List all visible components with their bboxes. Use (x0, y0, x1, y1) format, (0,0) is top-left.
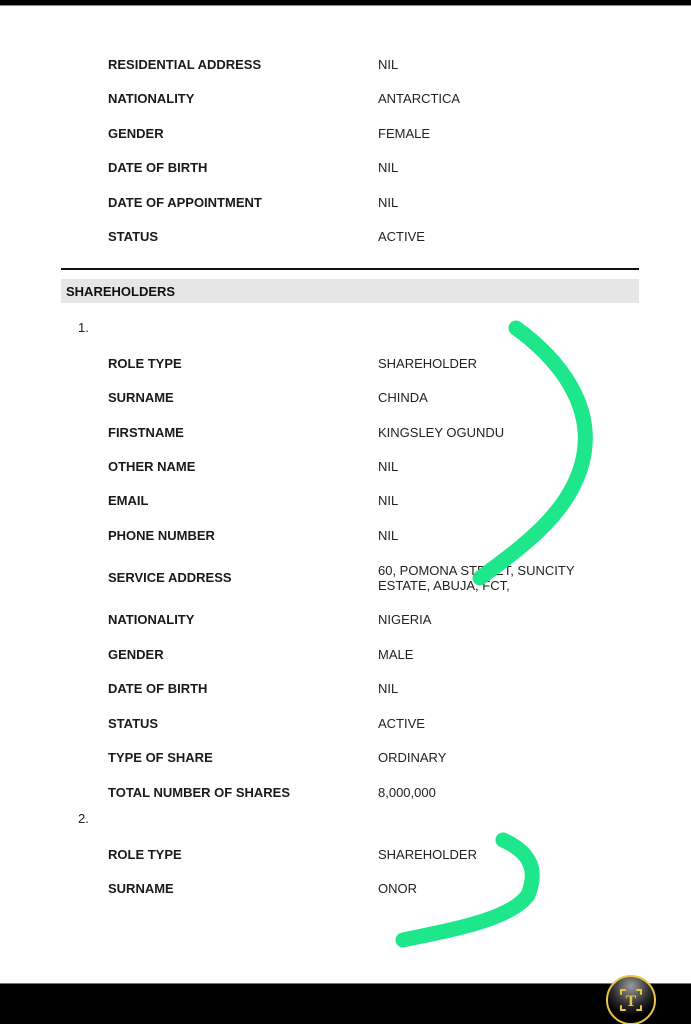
field-value: ACTIVE (378, 716, 425, 731)
bottom-bar (0, 984, 691, 1024)
field-label: SURNAME (108, 390, 174, 405)
field-label: NATIONALITY (108, 91, 194, 106)
field-value: NIL (378, 459, 398, 474)
detail-row: DATE OF BIRTH NIL (0, 160, 691, 180)
detail-row: RESIDENTIAL ADDRESS NIL (0, 57, 691, 77)
field-label: STATUS (108, 229, 158, 244)
detail-row: STATUS ACTIVE (0, 716, 691, 736)
detail-row: GENDER MALE (0, 647, 691, 667)
section-divider (61, 268, 639, 270)
field-label: OTHER NAME (108, 459, 195, 474)
field-label: STATUS (108, 716, 158, 731)
detail-row: EMAIL NIL (0, 493, 691, 513)
field-label: SERVICE ADDRESS (108, 570, 232, 585)
field-value: FEMALE (378, 126, 430, 141)
entry-number: 1. (78, 320, 89, 335)
field-label: TYPE OF SHARE (108, 750, 213, 765)
detail-row: PHONE NUMBER NIL (0, 528, 691, 548)
field-label: GENDER (108, 647, 164, 662)
entry-number: 2. (78, 811, 89, 826)
field-value: MALE (378, 647, 413, 662)
detail-row: NATIONALITY NIGERIA (0, 612, 691, 632)
field-value: ONOR (378, 881, 417, 896)
detail-row: ROLE TYPE SHAREHOLDER (0, 847, 691, 867)
field-label: ROLE TYPE (108, 847, 182, 862)
detail-row: DATE OF BIRTH NIL (0, 681, 691, 701)
field-value: CHINDA (378, 390, 428, 405)
detail-row: GENDER FEMALE (0, 126, 691, 146)
field-value: ANTARCTICA (378, 91, 460, 106)
field-value: 60, POMONA STREET, SUNCITY ESTATE, ABUJA… (378, 563, 608, 593)
field-value: 8,000,000 (378, 785, 436, 800)
detail-row: OTHER NAME NIL (0, 459, 691, 479)
translate-button[interactable]: T (606, 975, 656, 1024)
field-label: DATE OF BIRTH (108, 160, 207, 175)
detail-row: TYPE OF SHARE ORDINARY (0, 750, 691, 770)
field-value: ACTIVE (378, 229, 425, 244)
field-label: TOTAL NUMBER OF SHARES (108, 785, 290, 800)
field-label: NATIONALITY (108, 612, 194, 627)
section-title: SHAREHOLDERS (66, 284, 175, 299)
field-label: RESIDENTIAL ADDRESS (108, 57, 261, 72)
detail-row: DATE OF APPOINTMENT NIL (0, 195, 691, 215)
field-value: NIGERIA (378, 612, 431, 627)
field-label: PHONE NUMBER (108, 528, 215, 543)
detail-row: STATUS ACTIVE (0, 229, 691, 249)
field-value: KINGSLEY OGUNDU (378, 425, 504, 440)
detail-row: TOTAL NUMBER OF SHARES 8,000,000 (0, 785, 691, 805)
detail-row: FIRSTNAME KINGSLEY OGUNDU (0, 425, 691, 445)
field-label: SURNAME (108, 881, 174, 896)
field-value: NIL (378, 681, 398, 696)
field-label: DATE OF APPOINTMENT (108, 195, 262, 210)
field-label: FIRSTNAME (108, 425, 184, 440)
field-value: SHAREHOLDER (378, 356, 477, 371)
svg-text:T: T (626, 993, 637, 1010)
field-value: ORDINARY (378, 750, 446, 765)
status-bar-edge (0, 5, 691, 6)
shareholders-section-header: SHAREHOLDERS (61, 279, 639, 303)
field-label: DATE OF BIRTH (108, 681, 207, 696)
detail-row: SURNAME ONOR (0, 881, 691, 901)
detail-row: SURNAME CHINDA (0, 390, 691, 410)
field-value: NIL (378, 493, 398, 508)
field-label: EMAIL (108, 493, 148, 508)
field-value: NIL (378, 57, 398, 72)
field-value: NIL (378, 195, 398, 210)
field-value: SHAREHOLDER (378, 847, 477, 862)
detail-row: NATIONALITY ANTARCTICA (0, 91, 691, 111)
field-value: NIL (378, 160, 398, 175)
field-label: GENDER (108, 126, 164, 141)
text-scan-icon: T (608, 977, 654, 1023)
detail-row: SERVICE ADDRESS 60, POMONA STREET, SUNCI… (0, 563, 691, 597)
field-value: NIL (378, 528, 398, 543)
detail-row: ROLE TYPE SHAREHOLDER (0, 356, 691, 376)
field-label: ROLE TYPE (108, 356, 182, 371)
